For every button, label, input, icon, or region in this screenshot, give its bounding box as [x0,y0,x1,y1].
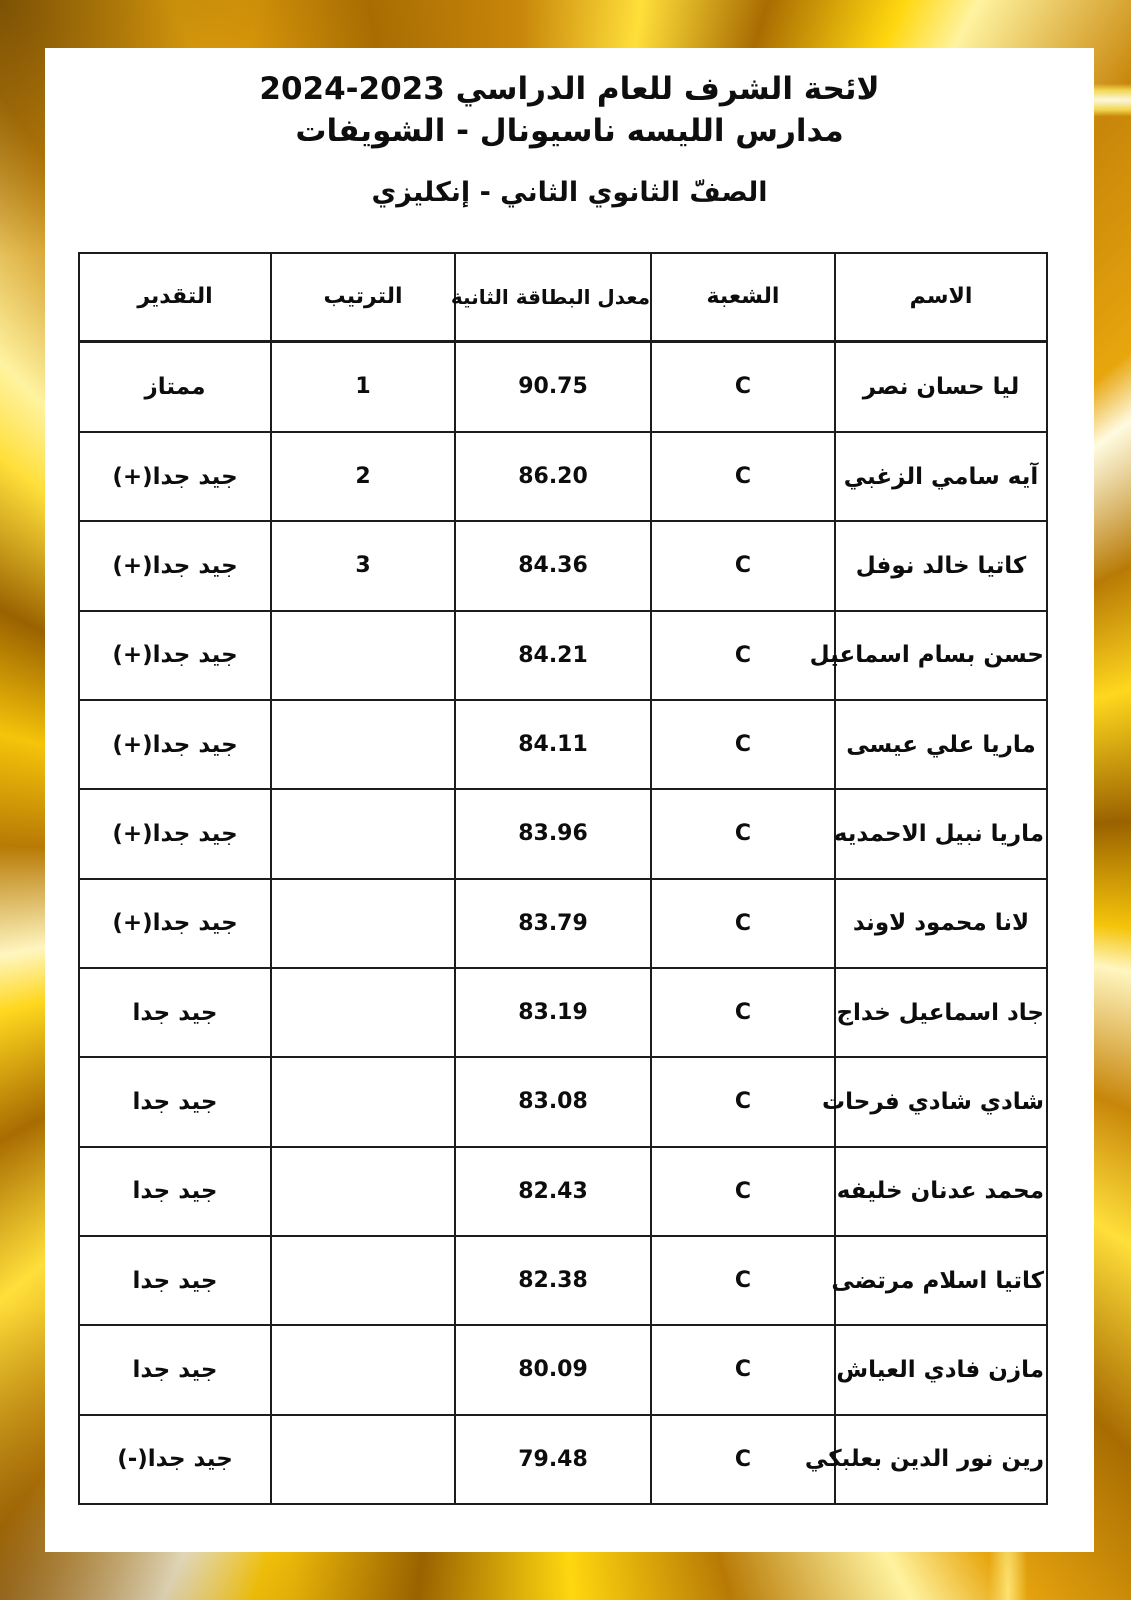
cell-rank [271,1057,455,1146]
cell-section: C [651,1147,835,1236]
cell-grade: جيد جدا(+) [79,611,271,700]
class-subtitle: الصفّ الثانوي الثاني - إنكليزي [45,173,1094,213]
honor-roll-table: الاسم الشعبة معدل البطاقة الثانية الترتي… [78,252,1048,1505]
col-header-grade: التقدير [79,253,271,341]
cell-average: 86.20 [455,432,651,521]
document-card: لائحة الشرف للعام الدراسي 2023-2024 مدار… [45,48,1094,1552]
cell-section: C [651,611,835,700]
cell-rank [271,879,455,968]
cell-name: مازن فادي العياش [835,1325,1047,1414]
cell-name: ماريا نبيل الاحمديه [835,789,1047,878]
table-row: حسن بسام اسماعيلC84.21جيد جدا(+) [79,611,1047,700]
cell-name: محمد عدنان خليفه [835,1147,1047,1236]
cell-rank: 1 [271,341,455,432]
cell-section: C [651,789,835,878]
cell-name: آيه سامي الزغبي [835,432,1047,521]
cell-average: 82.43 [455,1147,651,1236]
cell-rank [271,611,455,700]
cell-section: C [651,1236,835,1325]
cell-name: ليا حسان نصر [835,341,1047,432]
cell-grade: جيد جدا(+) [79,879,271,968]
table-row: كاتيا اسلام مرتضىC82.38جيد جدا [79,1236,1047,1325]
cell-grade: جيد جدا [79,1057,271,1146]
col-header-section: الشعبة [651,253,835,341]
cell-rank [271,1325,455,1414]
cell-grade: جيد جدا(+) [79,432,271,521]
cell-grade: جيد جدا(-) [79,1415,271,1504]
cell-section: C [651,968,835,1057]
table-row: لانا محمود لاوندC83.79جيد جدا(+) [79,879,1047,968]
cell-average: 79.48 [455,1415,651,1504]
cell-grade: جيد جدا [79,968,271,1057]
cell-rank [271,1415,455,1504]
cell-grade: جيد جدا(+) [79,789,271,878]
cell-name: رين نور الدين بعلبكي [835,1415,1047,1504]
cell-average: 90.75 [455,341,651,432]
cell-grade: ممتاز [79,341,271,432]
table-row: ليا حسان نصرC90.751ممتاز [79,341,1047,432]
cell-grade: جيد جدا [79,1147,271,1236]
cell-average: 84.36 [455,521,651,610]
col-header-name: الاسم [835,253,1047,341]
table-row: جاد اسماعيل خداجC83.19جيد جدا [79,968,1047,1057]
cell-section: C [651,341,835,432]
cell-name: كاتيا اسلام مرتضى [835,1236,1047,1325]
cell-average: 82.38 [455,1236,651,1325]
cell-rank [271,1236,455,1325]
cell-name: لانا محمود لاوند [835,879,1047,968]
page-title-line1: لائحة الشرف للعام الدراسي 2023-2024 [45,68,1094,110]
cell-section: C [651,432,835,521]
cell-section: C [651,1325,835,1414]
cell-rank [271,700,455,789]
cell-section: C [651,1057,835,1146]
cell-section: C [651,879,835,968]
page-title-line2: مدارس الليسه ناسيونال - الشويفات [45,110,1094,152]
table-row: شادي شادي فرحاتC83.08جيد جدا [79,1057,1047,1146]
cell-average: 83.19 [455,968,651,1057]
cell-name: ماريا علي عيسى [835,700,1047,789]
cell-average: 83.96 [455,789,651,878]
cell-rank [271,789,455,878]
cell-rank: 2 [271,432,455,521]
table-row: ماريا علي عيسىC84.11جيد جدا(+) [79,700,1047,789]
table-header-row: الاسم الشعبة معدل البطاقة الثانية الترتي… [79,253,1047,341]
cell-rank [271,968,455,1057]
cell-section: C [651,521,835,610]
table-row: كاتيا خالد نوفلC84.363جيد جدا(+) [79,521,1047,610]
cell-section: C [651,700,835,789]
cell-grade: جيد جدا [79,1325,271,1414]
cell-name: جاد اسماعيل خداج [835,968,1047,1057]
cell-rank: 3 [271,521,455,610]
table-row: آيه سامي الزغبيC86.202جيد جدا(+) [79,432,1047,521]
cell-rank [271,1147,455,1236]
col-header-average: معدل البطاقة الثانية [455,253,651,341]
cell-average: 83.79 [455,879,651,968]
golden-rays-background: لائحة الشرف للعام الدراسي 2023-2024 مدار… [0,0,1131,1600]
cell-average: 84.21 [455,611,651,700]
document-header: لائحة الشرف للعام الدراسي 2023-2024 مدار… [45,48,1094,213]
cell-average: 80.09 [455,1325,651,1414]
cell-average: 84.11 [455,700,651,789]
cell-name: حسن بسام اسماعيل [835,611,1047,700]
table-row: محمد عدنان خليفهC82.43جيد جدا [79,1147,1047,1236]
table-row: رين نور الدين بعلبكيC79.48جيد جدا(-) [79,1415,1047,1504]
cell-average: 83.08 [455,1057,651,1146]
cell-name: كاتيا خالد نوفل [835,521,1047,610]
cell-grade: جيد جدا(+) [79,521,271,610]
cell-grade: جيد جدا(+) [79,700,271,789]
cell-name: شادي شادي فرحات [835,1057,1047,1146]
table-row: مازن فادي العياشC80.09جيد جدا [79,1325,1047,1414]
table-row: ماريا نبيل الاحمديهC83.96جيد جدا(+) [79,789,1047,878]
cell-grade: جيد جدا [79,1236,271,1325]
col-header-rank: الترتيب [271,253,455,341]
